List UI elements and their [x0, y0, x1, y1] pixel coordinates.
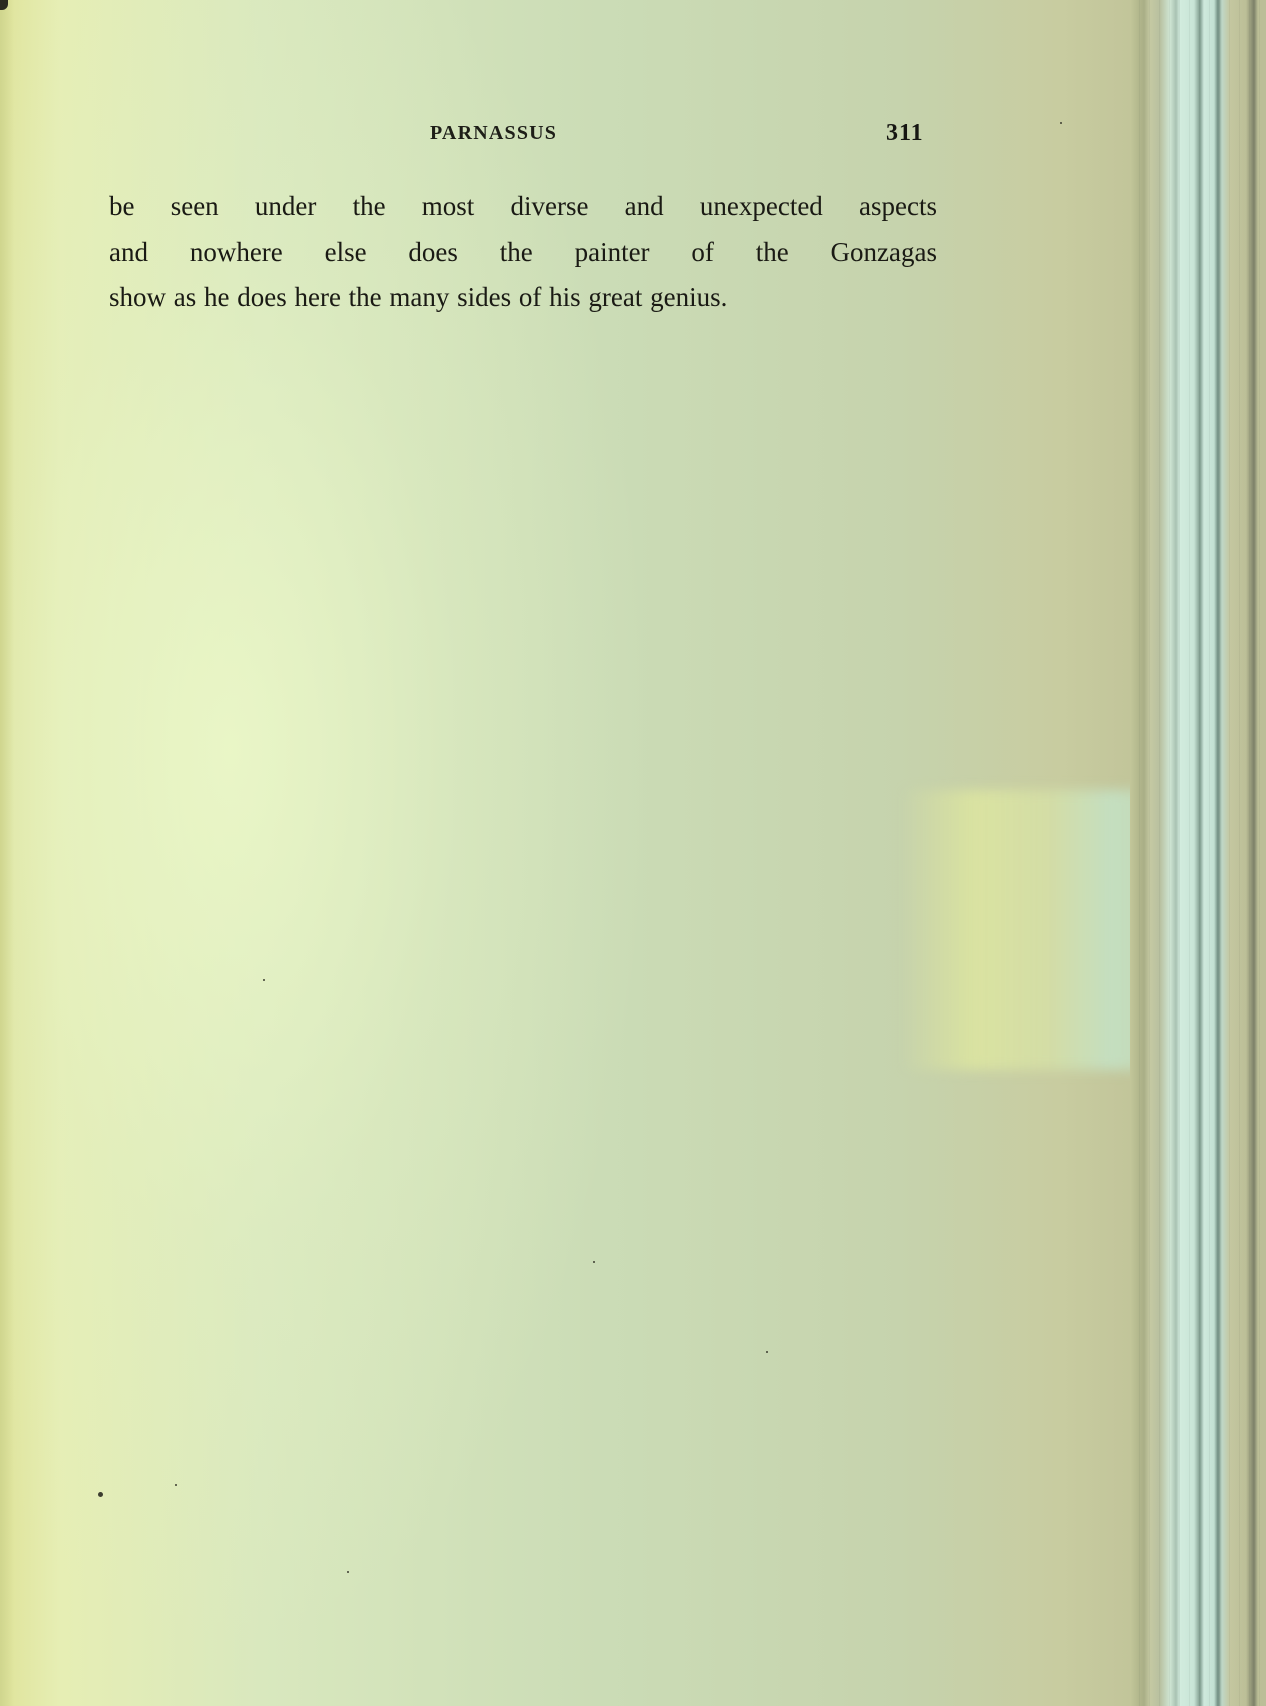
body-paragraph: be seen under the most diverse and unexp… — [109, 184, 937, 321]
paper-speck — [263, 979, 265, 981]
page-number: 311 — [886, 120, 924, 147]
running-header: PARNASSUS 311 — [0, 122, 940, 152]
page-edges-stack — [1130, 0, 1266, 1706]
ink-blot — [0, 0, 8, 10]
running-head-title: PARNASSUS — [430, 122, 557, 145]
paper-speck — [593, 1261, 595, 1263]
paper-speck — [1060, 122, 1062, 124]
paper-speck — [766, 1351, 768, 1353]
paper-speck — [175, 1484, 177, 1486]
page-edge-lines — [1130, 0, 1266, 1706]
text-line: show as he does here the many sides of h… — [109, 275, 937, 321]
paper-speck — [347, 1571, 349, 1573]
text-line: and nowhere else does the painter of the… — [109, 230, 937, 276]
paper-speck — [98, 1492, 103, 1497]
text-line: be seen under the most diverse and unexp… — [109, 184, 937, 230]
